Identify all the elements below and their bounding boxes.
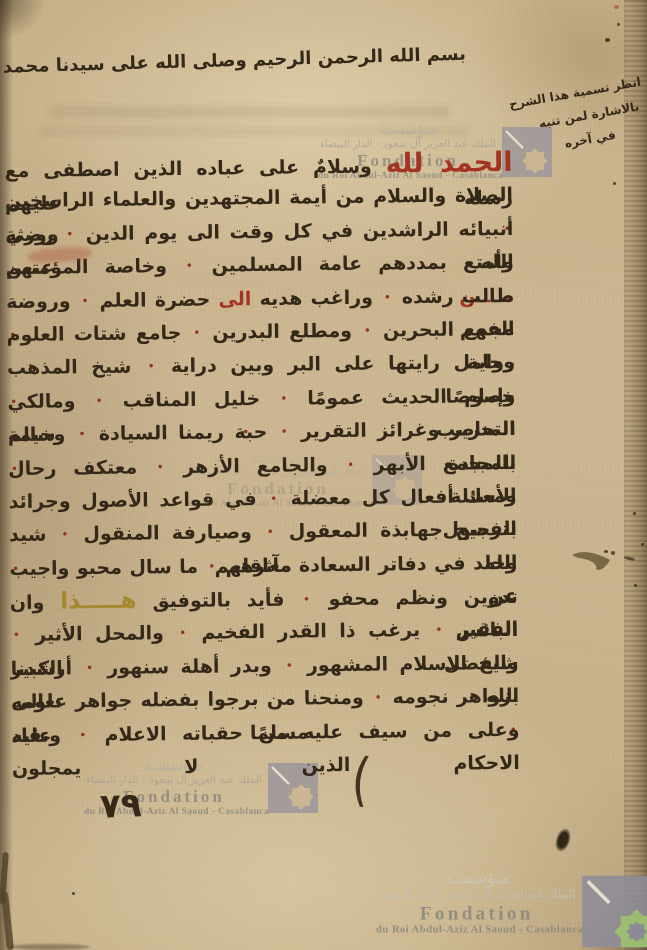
verse-separator-dot: • xyxy=(67,229,74,240)
text-segment: ومنحنا من برجوا بفضله جواهر علومه xyxy=(11,687,364,713)
text-segment: خليل المناقب xyxy=(123,388,261,412)
text-segment: وحامل رايتها على البر وبين دراية xyxy=(171,351,515,377)
ink-showthrough xyxy=(50,106,450,118)
ink-speck xyxy=(634,584,637,587)
square-star-logo-icon xyxy=(582,876,647,948)
manuscript-line: التحرير وغرائز التقرير • حبة ريمنا السيا… xyxy=(8,413,516,453)
verse-separator-dot: • xyxy=(86,663,93,674)
verse-separator-dot: • xyxy=(384,292,391,303)
verse-separator-dot: • xyxy=(148,362,155,373)
verse-separator-dot: • xyxy=(270,494,277,505)
text-segment: الفقير xyxy=(458,618,519,641)
text-segment: بزواهر نجومه xyxy=(392,685,519,709)
verse-separator-dot: • xyxy=(194,328,201,339)
manuscript-line: وعلى من سيف عليه من حقباته الاعلام • ونق… xyxy=(11,714,519,754)
text-segment: طالب رشده xyxy=(402,284,515,307)
text-segment: وبدر أهلة سنهور xyxy=(107,655,272,679)
ink-speck xyxy=(614,5,619,9)
text-segment: وراغب هديه xyxy=(259,286,373,309)
verse-separator-dot: • xyxy=(157,462,164,473)
foundation-name-arabic: مـؤسسـة xyxy=(376,870,578,887)
verse-separator-dot: • xyxy=(82,296,89,307)
worn-corner xyxy=(0,0,46,40)
text-segment: ومعك أفعال كل معضلة xyxy=(290,485,516,510)
foundation-line-arabic: الملك عبد العزيز آل سعود - الدار البيضاء xyxy=(376,887,578,904)
text-segment: حضرة العلم xyxy=(99,288,210,311)
ink-speck xyxy=(605,38,610,42)
folio-number: ٧٩ xyxy=(99,785,142,826)
ink-speck xyxy=(617,23,620,26)
verse-separator-dot: • xyxy=(186,261,193,272)
text-segment: وعلى من سيف عليه من حقباته الاعلام xyxy=(104,719,519,746)
manuscript-text-block: الحمد لله وسلامٌ على عباده الذين اصطفى م… xyxy=(4,146,519,753)
verse-separator-dot: • xyxy=(62,530,69,541)
text-segment: والجامع الأزهر xyxy=(183,454,328,478)
text-segment: الى xyxy=(218,288,251,310)
text-segment: يرغب ذا القدر الفخيم xyxy=(201,620,420,645)
foundation-line-french: du Roi Abdul-Aziz Al Saoud - Casablanca xyxy=(376,924,578,937)
text-segment: وصيارفة المنقول xyxy=(83,521,252,545)
text-segment: شيخ الاسلام المشهور xyxy=(307,652,519,677)
verse-separator-dot: • xyxy=(96,396,103,407)
foundation-watermark-text: مـؤسسـة الملك عبد العزيز آل سعود - الدار… xyxy=(376,870,578,937)
verse-separator-dot: • xyxy=(280,393,287,404)
text-segment: فأيد بالتوفيق xyxy=(152,589,284,613)
verse-separator-dot: • xyxy=(375,693,382,704)
verse-separator-dot: • xyxy=(13,630,20,641)
ink-speck xyxy=(613,182,616,185)
text-segment: أنبيائه الراشدين في كل وقت الى يوم الدين xyxy=(86,218,514,245)
text-segment: هـــــذا xyxy=(60,588,137,615)
verse-separator-dot: • xyxy=(303,595,310,606)
text-segment: تدوين ونظم محفو xyxy=(328,586,518,610)
hamdalah-heading: الحمد لله xyxy=(386,147,513,180)
verse-separator-dot: • xyxy=(436,625,443,636)
text-segment: بترجيح جهابذة المعقول xyxy=(289,518,518,543)
text-segment: التحرير وغرائز التقرير xyxy=(301,418,516,443)
verse-separator-dot: • xyxy=(179,628,186,639)
text-segment: مجمع البحرين xyxy=(383,318,515,342)
foundation-watermark: مـؤسسـة الملك عبد العزيز آل سعود - الدار… xyxy=(376,870,647,947)
foundation-name-arabic: مـؤسسـة xyxy=(318,122,498,137)
bottom-edge-shadow xyxy=(10,944,90,950)
manuscript-scan-page: مـؤسسـة الملك عبد العزيز آل سعود - الدار… xyxy=(0,0,647,950)
verse-separator-dot: • xyxy=(79,429,86,440)
text-segment: والمحل الأثير xyxy=(35,623,164,647)
verse-separator-dot: • xyxy=(209,561,216,572)
text-segment: وأمتع بمددهم عامة المسلمين xyxy=(211,251,513,277)
verse-separator-dot: • xyxy=(347,459,354,470)
verse-separator-dot: • xyxy=(281,427,288,438)
verse-separator-dot: • xyxy=(267,527,274,538)
foundation-name-french: Fondation xyxy=(376,904,578,924)
text-segment: ومطلع البدرين xyxy=(212,320,352,344)
text-segment: حبة ريمنا السيادة xyxy=(99,421,268,445)
ink-speck xyxy=(72,892,75,895)
ink-speck xyxy=(604,550,608,553)
text-segment: وخلد في دفاتر السعادة مآثرهم xyxy=(225,552,517,578)
verse-separator-dot: • xyxy=(80,730,87,741)
verse-separator-dot: • xyxy=(286,661,293,672)
text-segment: وإمام الحديث عمومًا xyxy=(307,385,515,410)
text-segment: الصلاة والسلام من أيمة المجتهدين والعلما… xyxy=(5,184,513,212)
margin-ink-mark xyxy=(570,545,616,579)
ink-speck xyxy=(641,543,644,546)
ink-speck xyxy=(633,512,636,515)
text-segment: بالمجمع الأبهر xyxy=(374,451,517,475)
verse-separator-dot: • xyxy=(364,326,371,337)
